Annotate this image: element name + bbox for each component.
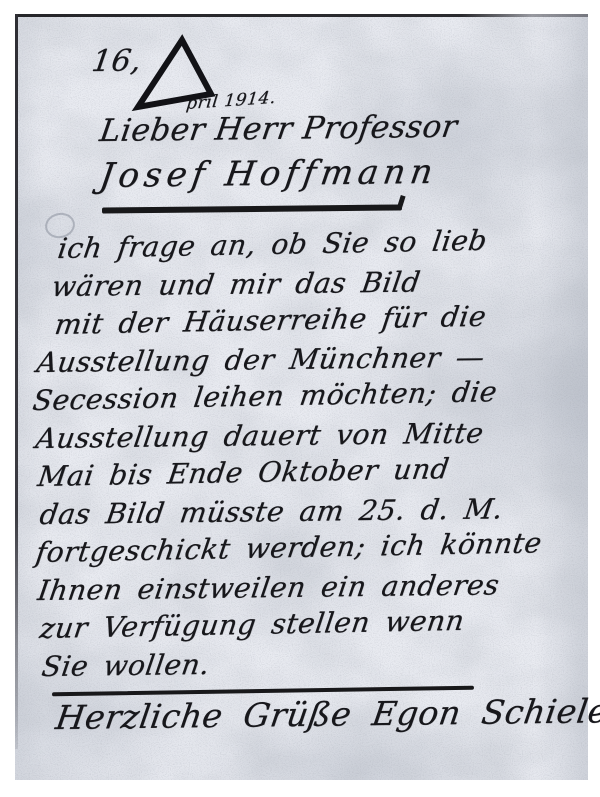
letter-page: 16, pril 1914. Lieber Herr Professor Jos… xyxy=(15,14,588,780)
page-left-edge-line xyxy=(15,14,18,749)
page-top-edge-line xyxy=(15,14,588,17)
letter-line: Ihnen einstweilen ein anderes xyxy=(36,568,502,607)
scanned-letter-screenshot: 16, pril 1914. Lieber Herr Professor Jos… xyxy=(0,0,600,797)
letter-line: mit der Häuserreihe für die xyxy=(53,300,489,341)
letter-line: Secession leihen möchten; die xyxy=(31,375,500,417)
letter-line: Ausstellung dauert von Mitte xyxy=(34,417,486,455)
recipient-name: Josef Hoffmann xyxy=(97,152,440,196)
letter-line: Sie wollen. xyxy=(40,648,212,683)
letter-line: Mai bis Ende Oktober und xyxy=(36,452,452,493)
letter-line: das Bild müsste am 25. d. M. xyxy=(38,492,506,531)
letter-line: fortgeschickt werden; ich könnte xyxy=(34,526,544,569)
letter-line: ich frage an, ob Sie so lieb xyxy=(56,224,490,265)
letter-line: zur Verfügung stellen wenn xyxy=(38,604,467,645)
salutation-line: Lieber Herr Professor xyxy=(97,109,459,149)
letter-line: wären und mir das Bild xyxy=(50,266,423,303)
ink-rule-under-salutation xyxy=(102,204,402,213)
letter-line: Ausstellung der Münchner — xyxy=(35,341,487,379)
closing-and-signature: Herzliche Grüße Egon Schiele. xyxy=(53,691,600,737)
